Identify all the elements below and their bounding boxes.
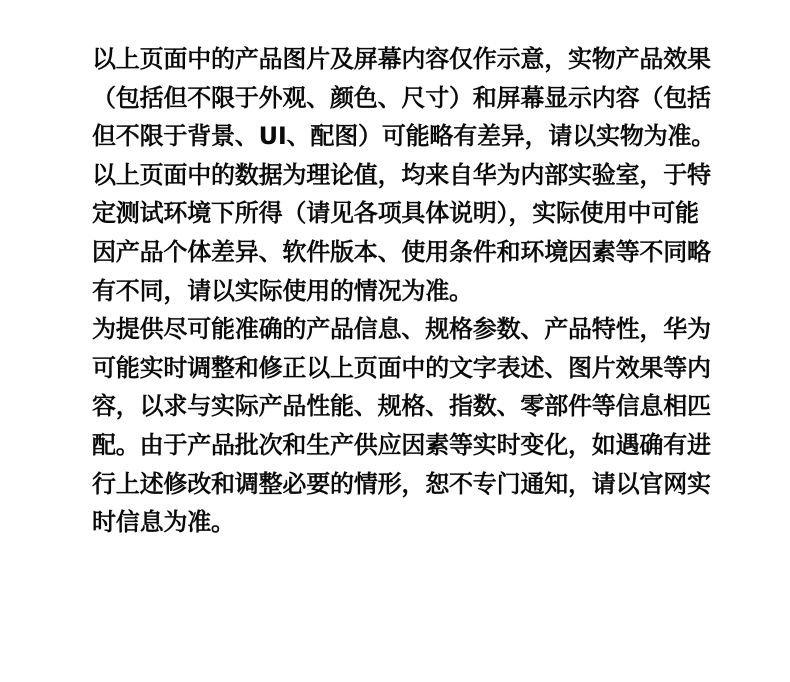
disclaimer-line: 以上页面中的数据为理论值，均来自华为内部实验室，于特: [92, 156, 732, 195]
disclaimer-line: 可能实时调整和修正以上页面中的文字表述、图片效果等内: [92, 349, 732, 388]
disclaimer-line: 行上述修改和调整必要的情形，恕不专门通知，请以官网实: [92, 465, 732, 504]
disclaimer-line: 有不同，请以实际使用的情况为准。: [92, 272, 732, 311]
disclaimer-line: 以上页面中的产品图片及屏幕内容仅作示意，实物产品效果: [92, 40, 732, 79]
disclaimer-line: 为提供尽可能准确的产品信息、规格参数、产品特性，华为: [92, 310, 732, 349]
disclaimer-line: （包括但不限于外观、颜色、尺寸）和屏幕显示内容（包括: [92, 79, 732, 118]
disclaimer-line: 时信息为准。: [92, 503, 732, 542]
disclaimer-section: 以上页面中的产品图片及屏幕内容仅作示意，实物产品效果 （包括但不限于外观、颜色、…: [92, 40, 732, 542]
disclaimer-line: 因产品个体差异、软件版本、使用条件和环境因素等不同略: [92, 233, 732, 272]
disclaimer-paragraph-lab-data: 以上页面中的数据为理论值，均来自华为内部实验室，于特 定测试环境下所得（请见各项…: [92, 156, 732, 310]
disclaimer-line: 但不限于背景、UI、配图）可能略有差异，请以实物为准。: [92, 117, 732, 156]
disclaimer-line: 配。由于产品批次和生产供应因素等实时变化，如遇确有进: [92, 426, 732, 465]
disclaimer-paragraph-product-visuals: 以上页面中的产品图片及屏幕内容仅作示意，实物产品效果 （包括但不限于外观、颜色、…: [92, 40, 732, 156]
disclaimer-line: 定测试环境下所得（请见各项具体说明），实际使用中可能: [92, 194, 732, 233]
disclaimer-line: 容，以求与实际产品性能、规格、指数、零部件等信息相匹: [92, 387, 732, 426]
disclaimer-paragraph-spec-updates: 为提供尽可能准确的产品信息、规格参数、产品特性，华为 可能实时调整和修正以上页面…: [92, 310, 732, 542]
